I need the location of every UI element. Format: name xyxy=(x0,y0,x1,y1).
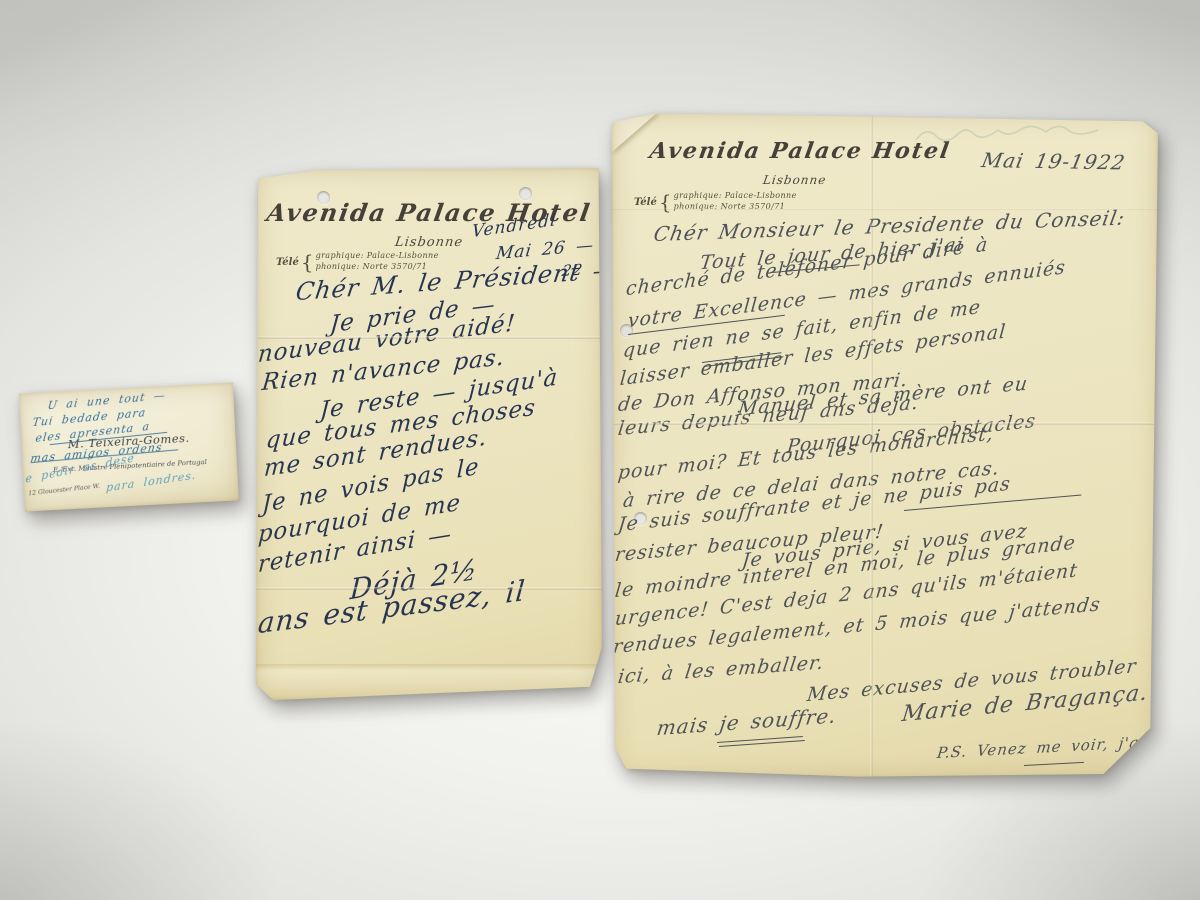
ink-underline xyxy=(1024,762,1084,766)
handwritten-line: ici, à les emballer. xyxy=(617,653,826,687)
letterhead-tele-block: Télé { graphique: Palace-Lisbonne phoniq… xyxy=(634,190,797,214)
card-handwritten-line: U ai une tout — xyxy=(47,390,166,411)
handwritten-line: mais je souffre. xyxy=(656,705,838,738)
tele-graphique: graphique: Palace-Lisbonne xyxy=(674,191,797,202)
letter-page-mai-19: Avenida Palace Hotel Lisbonne Télé { gra… xyxy=(612,112,1158,778)
tele-graphique: graphique: Palace-Lisbonne xyxy=(316,251,439,262)
brace-glyph: { xyxy=(659,190,672,214)
tele-phonique: phonique: Norte 3570/71 xyxy=(674,202,797,213)
card-printed-address: 12 Gloucester Place W. xyxy=(28,484,100,498)
folded-bottom-edge xyxy=(256,664,602,700)
letter-page-mai-26: Avenida Palace Hotel Lisbonne Télé { gra… xyxy=(256,168,602,700)
photograph-of-letters: { "photo": { "background_hex": "#e3e3e0"… xyxy=(0,0,1200,900)
card-handwritten-line: para londres. xyxy=(106,469,197,493)
handwritten-date: Mai 19-1922 xyxy=(980,150,1127,172)
brace-glyph: { xyxy=(301,250,314,274)
faint-pencil-scribble xyxy=(912,114,1102,150)
postscript: P.S. Venez me voir, j'ai xyxy=(936,735,1146,761)
visiting-card: M. Teixeira-Gomes. E. Ext. Ministre Plén… xyxy=(19,382,239,511)
card-handwriting: U ai une tout —Tui bedade paraeles apres… xyxy=(19,382,233,393)
